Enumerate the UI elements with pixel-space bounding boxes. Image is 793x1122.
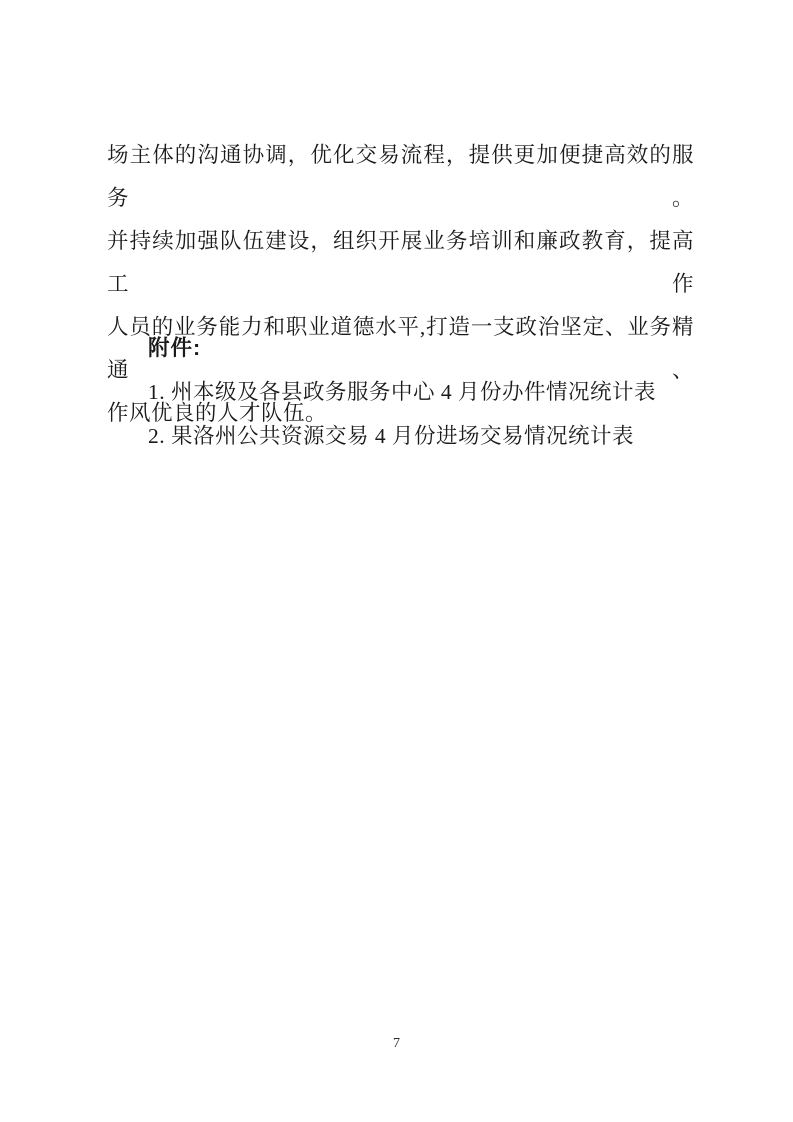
paragraph-line: 并持续加强队伍建设，组织开展业务培训和廉政教育，提高工作	[107, 220, 694, 306]
document-page: 场主体的沟通协调，优化交易流程，提供更加便捷高效的服务。 并持续加强队伍建设，组…	[0, 0, 793, 1122]
attachment-item: 1. 州本级及各县政务服务中心 4 月份办件情况统计表	[148, 370, 656, 414]
page-number: 7	[0, 1036, 793, 1052]
attachment-item: 2. 果洛州公共资源交易 4 月份进场交易情况统计表	[148, 414, 656, 458]
attachments-label: 附件:	[148, 326, 656, 370]
attachments-section: 附件: 1. 州本级及各县政务服务中心 4 月份办件情况统计表 2. 果洛州公共…	[148, 326, 656, 458]
paragraph-line: 场主体的沟通协调，优化交易流程，提供更加便捷高效的服务。	[107, 134, 694, 220]
